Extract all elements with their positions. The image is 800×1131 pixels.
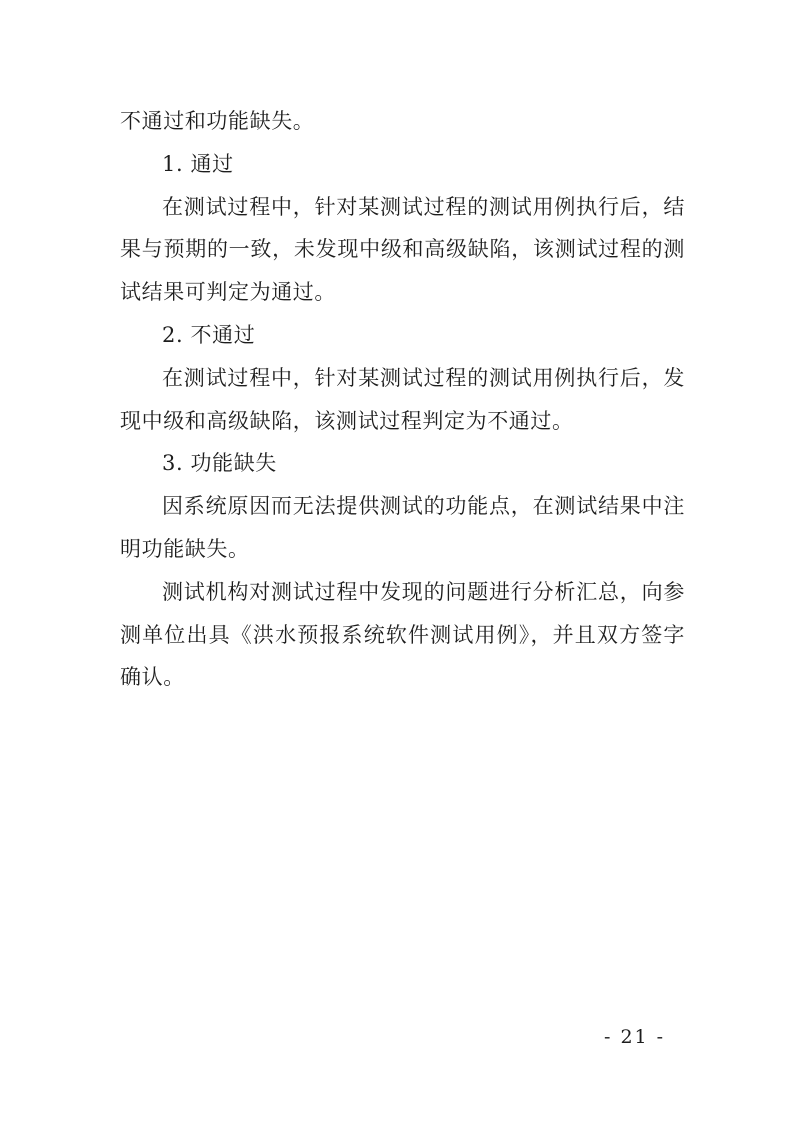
- document-page: 不通过和功能缺失。 1. 通过 在测试过程中，针对某测试过程的测试用例执行后，结…: [0, 0, 800, 1131]
- paragraph-item-2: 在测试过程中，针对某测试过程的测试用例执行后，发现中级和高级缺陷，该测试过程判定…: [120, 357, 685, 443]
- heading-item-2: 2. 不通过: [120, 314, 685, 357]
- paragraph-item-1: 在测试过程中，针对某测试过程的测试用例执行后，结果与预期的一致，未发现中级和高级…: [120, 186, 685, 314]
- continuation-paragraph: 不通过和功能缺失。: [120, 100, 685, 143]
- closing-paragraph: 测试机构对测试过程中发现的问题进行分析汇总，向参测单位出具《洪水预报系统软件测试…: [120, 571, 685, 699]
- document-text-column: 不通过和功能缺失。 1. 通过 在测试过程中，针对某测试过程的测试用例执行后，结…: [120, 100, 685, 699]
- paragraph-item-3: 因系统原因而无法提供测试的功能点，在测试结果中注明功能缺失。: [120, 485, 685, 571]
- page-number: - 21 -: [604, 1026, 665, 1048]
- heading-item-3: 3. 功能缺失: [120, 442, 685, 485]
- heading-item-1: 1. 通过: [120, 143, 685, 186]
